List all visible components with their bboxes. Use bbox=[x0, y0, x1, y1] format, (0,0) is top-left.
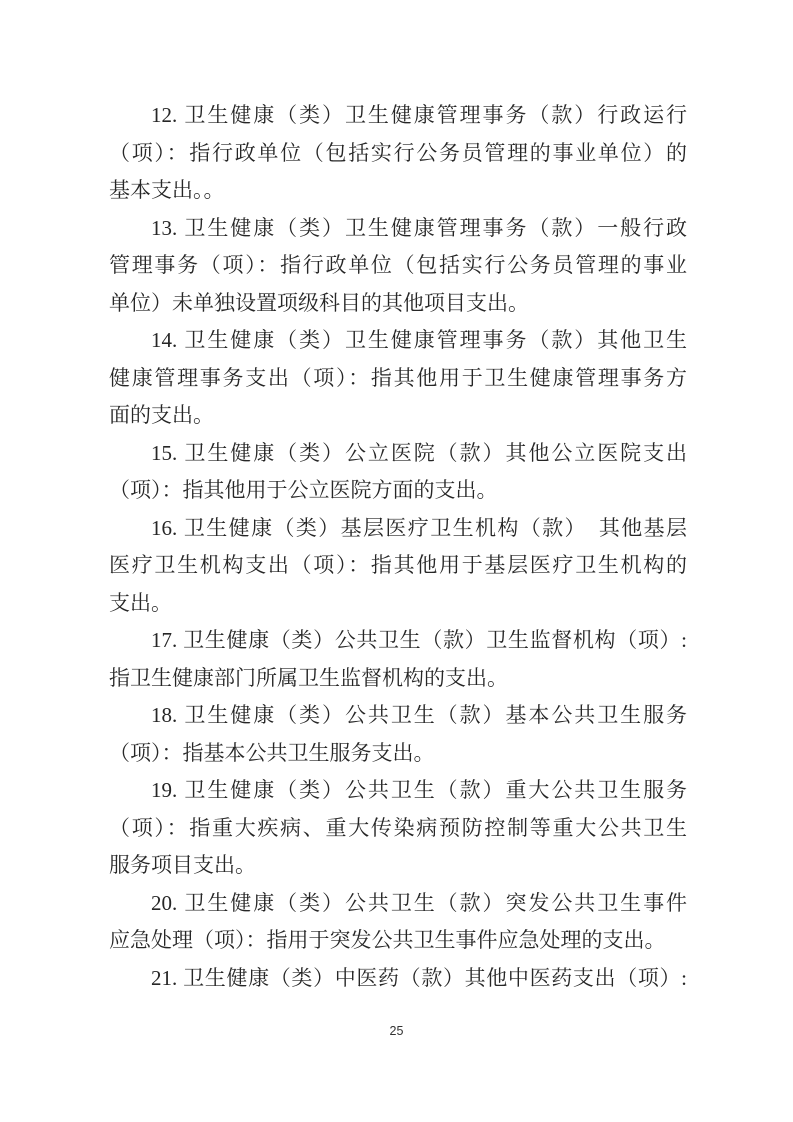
text-line: 19. 卫生健康（类）公共卫生（款）重大公共卫生服务 bbox=[109, 772, 687, 810]
paragraph-item-17: 17. 卫生健康（类）公共卫生（款）卫生监督机构（项）: 指卫生健康部门所属卫生… bbox=[109, 622, 687, 697]
text-line: 12. 卫生健康（类）卫生健康管理事务（款）行政运行 bbox=[109, 97, 687, 135]
paragraph-item-13: 13. 卫生健康（类）卫生健康管理事务（款）一般行政 管理事务（项）：指行政单位… bbox=[109, 210, 687, 323]
paragraph-item-16: 16. 卫生健康（类）基层医疗卫生机构（款） 其他基层 医疗卫生机构支出（项）：… bbox=[109, 510, 687, 623]
text-line: 15. 卫生健康（类）公立医院（款）其他公立医院支出 bbox=[109, 435, 687, 473]
text-line: 18. 卫生健康（类）公共卫生（款）基本公共卫生服务 bbox=[109, 697, 687, 735]
text-line: 支出。 bbox=[109, 585, 687, 623]
text-line: 应急处理（项）：指用于突发公共卫生事件应急处理的支出。 bbox=[109, 922, 687, 960]
text-line: （项）：指其他用于公立医院方面的支出。 bbox=[109, 472, 687, 510]
text-line: 指卫生健康部门所属卫生监督机构的支出。 bbox=[109, 660, 687, 698]
paragraph-item-14: 14. 卫生健康（类）卫生健康管理事务（款）其他卫生 健康管理事务支出（项）：指… bbox=[109, 322, 687, 435]
text-line: 基本支出。。 bbox=[109, 172, 687, 210]
text-line: （项）：指基本公共卫生服务支出。 bbox=[109, 735, 687, 773]
text-line: 20. 卫生健康（类）公共卫生（款）突发公共卫生事件 bbox=[109, 885, 687, 923]
paragraph-item-18: 18. 卫生健康（类）公共卫生（款）基本公共卫生服务 （项）：指基本公共卫生服务… bbox=[109, 697, 687, 772]
document-body-text: 12. 卫生健康（类）卫生健康管理事务（款）行政运行 （项）：指行政单位（包括实… bbox=[109, 97, 687, 997]
text-line: 13. 卫生健康（类）卫生健康管理事务（款）一般行政 bbox=[109, 210, 687, 248]
text-line: 服务项目支出。 bbox=[109, 847, 687, 885]
text-line: 14. 卫生健康（类）卫生健康管理事务（款）其他卫生 bbox=[109, 322, 687, 360]
text-line: 21. 卫生健康（类）中医药（款）其他中医药支出（项）: bbox=[109, 960, 687, 998]
paragraph-item-20: 20. 卫生健康（类）公共卫生（款）突发公共卫生事件 应急处理（项）：指用于突发… bbox=[109, 885, 687, 960]
text-line: （项）：指行政单位（包括实行公务员管理的事业单位）的 bbox=[109, 135, 687, 173]
text-line: 16. 卫生健康（类）基层医疗卫生机构（款） 其他基层 bbox=[109, 510, 687, 548]
text-line: 单位）未单独设置项级科目的其他项目支出。 bbox=[109, 285, 687, 323]
page-number: 25 bbox=[0, 1024, 793, 1038]
text-line: 17. 卫生健康（类）公共卫生（款）卫生监督机构（项）: bbox=[109, 622, 687, 660]
paragraph-item-21: 21. 卫生健康（类）中医药（款）其他中医药支出（项）: bbox=[109, 960, 687, 998]
paragraph-item-15: 15. 卫生健康（类）公立医院（款）其他公立医院支出 （项）：指其他用于公立医院… bbox=[109, 435, 687, 510]
paragraph-item-12: 12. 卫生健康（类）卫生健康管理事务（款）行政运行 （项）：指行政单位（包括实… bbox=[109, 97, 687, 210]
text-line: 面的支出。 bbox=[109, 397, 687, 435]
text-line: 医疗卫生机构支出（项）：指其他用于基层医疗卫生机构的 bbox=[109, 547, 687, 585]
paragraph-item-19: 19. 卫生健康（类）公共卫生（款）重大公共卫生服务 （项）：指重大疾病、重大传… bbox=[109, 772, 687, 885]
text-line: 健康管理事务支出（项）：指其他用于卫生健康管理事务方 bbox=[109, 360, 687, 398]
document-page: 12. 卫生健康（类）卫生健康管理事务（款）行政运行 （项）：指行政单位（包括实… bbox=[0, 0, 793, 1122]
text-line: （项）：指重大疾病、重大传染病预防控制等重大公共卫生 bbox=[109, 810, 687, 848]
text-line: 管理事务（项）：指行政单位（包括实行公务员管理的事业 bbox=[109, 247, 687, 285]
